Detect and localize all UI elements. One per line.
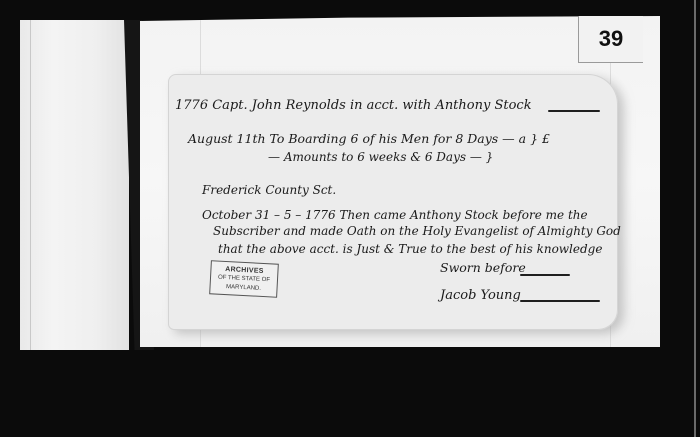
account-heading: 1776 Capt. John Reynolds in acct. with A…: [175, 98, 532, 113]
oath-text-line: October 31 – 5 – 1776 Then came Anthony …: [202, 208, 588, 222]
ink-flourish: [520, 274, 570, 276]
account-entry-line: August 11th To Boarding 6 of his Men for…: [188, 131, 550, 146]
ink-flourish: [548, 110, 600, 112]
oath-text-line: that the above acct. is Just & True to t…: [218, 242, 602, 256]
oath-text-line: Subscriber and made Oath on the Holy Eva…: [213, 224, 621, 238]
page-number-box: 39: [578, 16, 643, 63]
page-rule-line: [30, 20, 31, 350]
signature: Jacob Young: [440, 288, 521, 303]
stamp-line: MARYLAND.: [226, 283, 261, 294]
film-edge: [694, 0, 696, 437]
left-page-edge: [20, 20, 129, 350]
page-number: 39: [599, 26, 623, 52]
signature-underline: [520, 300, 600, 302]
account-entry-line: — Amounts to 6 weeks & 6 Days — }: [268, 150, 493, 164]
archives-stamp: ARCHIVES OF THE STATE OF MARYLAND.: [209, 260, 279, 298]
county-heading: Frederick County Sct.: [202, 183, 336, 197]
sworn-before-text: Sworn before: [440, 260, 526, 275]
